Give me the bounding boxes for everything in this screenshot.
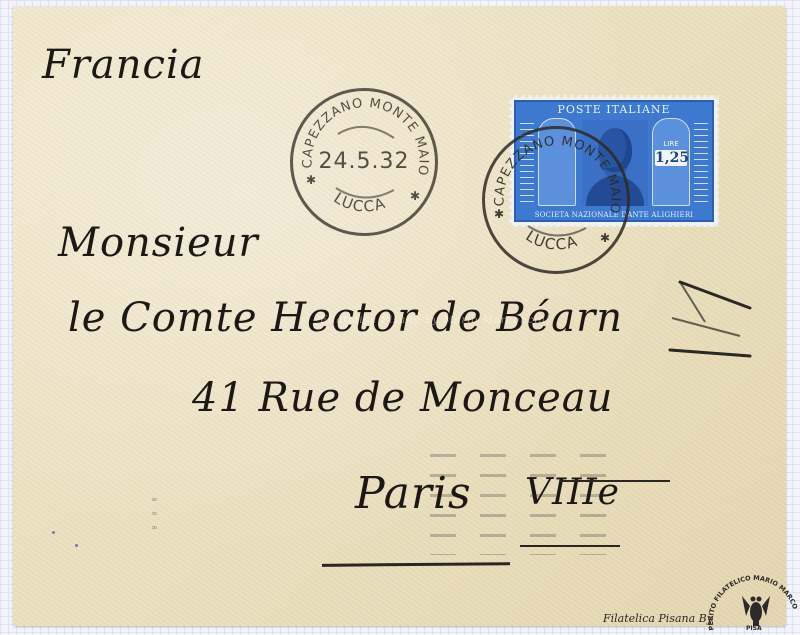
ink-speck (75, 544, 78, 547)
address-street: 41 Rue de Monceau (192, 375, 613, 421)
svg-text:✱: ✱ (600, 231, 610, 245)
address-arrondissement: VIIIe (525, 472, 620, 513)
pencil-cross-mark (650, 270, 760, 360)
svg-text:✱: ✱ (410, 189, 420, 203)
expert-stamp-city: PISA (746, 625, 762, 632)
postmark-province: LUCCA (331, 189, 389, 216)
stamp-value-label: LIRE (658, 140, 684, 148)
destination-country: Francia (42, 42, 205, 88)
svg-text:✱: ✱ (494, 207, 504, 221)
eagle-emblem-icon (742, 596, 770, 626)
postmark-date-stamp: CAPEZZANO MONTE MAIORE LUCCA ✱ ✱ 24.5.32 (290, 88, 438, 236)
postmark-date: 24.5.32 (293, 149, 435, 174)
svg-text:✱: ✱ (306, 173, 316, 187)
underline (520, 545, 620, 547)
postmark-province: LUCCA (523, 227, 581, 254)
svg-text:LUCCA: LUCCA (523, 227, 581, 254)
stamp-ornament (694, 118, 708, 206)
dealer-signature: Filatelica Pisana By (603, 612, 713, 625)
stamp-country-header: POSTE ITALIANE (516, 103, 712, 116)
address-city: Paris (355, 468, 472, 519)
address-salutation: Monsieur (58, 220, 259, 266)
stamp-value: 1,25 (655, 150, 687, 166)
transparent-watermark: Filatelica Pisana by Mario Marconcini (320, 315, 550, 326)
postmark-tying-stamp: CAPEZZANO MONTE MAIORE LUCCA ✱ ✱ (482, 126, 630, 274)
postmark-office: CAPEZZANO MONTE MAIORE (477, 115, 623, 215)
ink-speck (52, 531, 55, 534)
underline (560, 480, 670, 482)
svg-text:CAPEZZANO MONTE MAIORE: CAPEZZANO MONTE MAIORE (477, 115, 623, 215)
svg-text:LUCCA: LUCCA (331, 189, 389, 216)
postmark-ring-text: CAPEZZANO MONTE MAIORE LUCCA ✱ ✱ (482, 126, 630, 274)
pencil-notation: ∞ ≈ ∞ (152, 493, 157, 535)
